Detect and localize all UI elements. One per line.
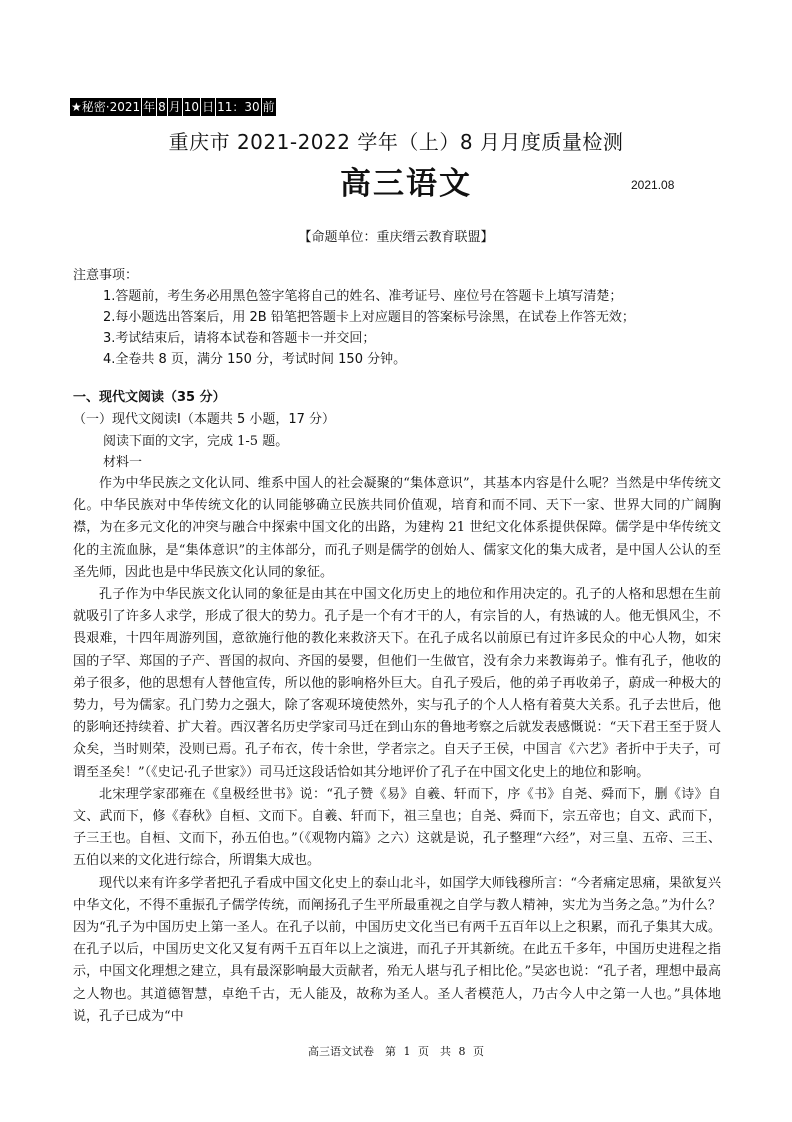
notes-item: 4.全卷共 8 页，满分 150 分，考试时间 150 分钟。 bbox=[73, 349, 635, 370]
material-label: 材料一 bbox=[103, 453, 142, 473]
confidential-segment: 8 bbox=[157, 98, 167, 116]
confidential-segment: 年 bbox=[142, 98, 156, 116]
confidential-segment: 日 bbox=[201, 98, 215, 116]
exam-title: 重庆市 2021-2022 学年（上）8 月月度质量检测 bbox=[0, 126, 792, 155]
notes-block: 注意事项： 1.答题前，考生务必用黑色签字笔将自己的姓名、准考证号、座位号在答题… bbox=[73, 265, 635, 370]
exam-page: ★秘密·2021 年 8 月 10 日 11：30 前 重庆市 2021-202… bbox=[0, 0, 792, 1122]
issuing-unit: 【命题单位：重庆缙云教育联盟】 bbox=[0, 226, 792, 245]
page-footer: 高三语文试卷 第 1 页 共 8 页 bbox=[0, 1043, 792, 1059]
notes-item: 2.每小题选出答案后，用 2B 铅笔把答题卡上对应题目的答案标号涂黑，在试卷上作… bbox=[73, 307, 635, 328]
confidential-segment: 11：30 bbox=[216, 98, 261, 116]
passage-body: 作为中华民族之文化认同、维系中国人的社会凝聚的“集体意识”，其基本内容是什么呢？… bbox=[73, 473, 721, 1028]
reading-instruction: 阅读下面的文字，完成 1-5 题。 bbox=[103, 432, 288, 452]
passage-paragraph: 现代以来有许多学者把孔子看成中国文化史上的泰山北斗，如国学大师钱穆所言：“今者痛… bbox=[73, 873, 721, 1028]
passage-paragraph: 孔子作为中华民族文化认同的象征是由其在中国文化历史上的地位和作用决定的。孔子的人… bbox=[73, 584, 721, 784]
confidential-segment: 月 bbox=[168, 98, 182, 116]
notes-heading: 注意事项： bbox=[73, 265, 635, 286]
notes-item: 3.考试结束后，请将本试卷和答题卡一并交回； bbox=[73, 328, 635, 349]
confidential-segment: 前 bbox=[262, 98, 276, 116]
passage-paragraph: 北宋理学家邵雍在《皇极经世书》说：“孔子赞《易》自羲、轩而下，序《书》自尧、舜而… bbox=[73, 784, 721, 873]
notes-item: 1.答题前，考生务必用黑色签字笔将自己的姓名、准考证号、座位号在答题卡上填写清楚… bbox=[73, 286, 635, 307]
section-subheading: （一）现代文阅读Ⅰ（本题共 5 小题，17 分） bbox=[73, 410, 335, 430]
confidential-segment: 10 bbox=[183, 98, 200, 116]
exam-date: 2021.08 bbox=[631, 178, 674, 192]
section-heading: 一、现代文阅读（35 分） bbox=[73, 388, 226, 408]
subject-title: 高三语文 bbox=[340, 158, 472, 203]
passage-paragraph: 作为中华民族之文化认同、维系中国人的社会凝聚的“集体意识”，其基本内容是什么呢？… bbox=[73, 473, 721, 584]
confidential-segment: ★秘密·2021 bbox=[70, 98, 141, 116]
confidential-stamp: ★秘密·2021 年 8 月 10 日 11：30 前 bbox=[70, 98, 277, 116]
